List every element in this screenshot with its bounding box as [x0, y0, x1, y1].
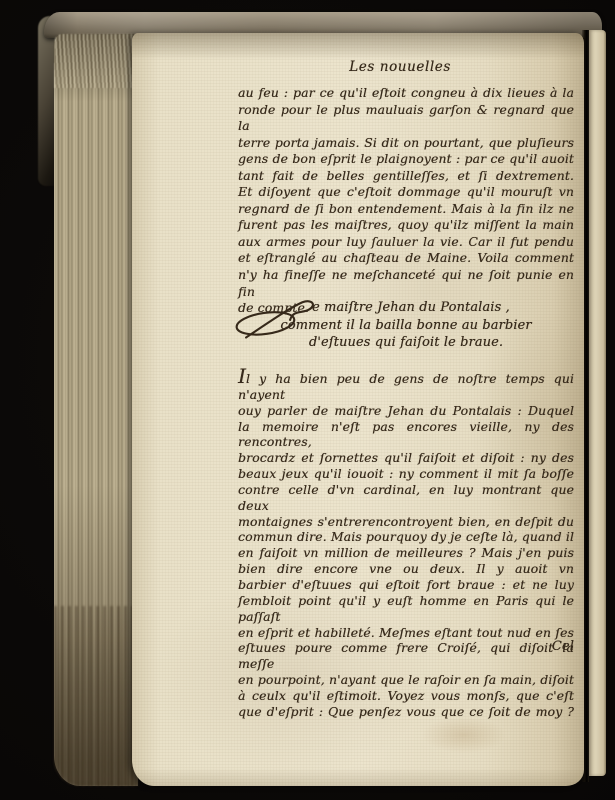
text-line: ouy parler de maiſtre Jehan du Pontalais… — [238, 403, 574, 419]
text-line: regnard de ſi bon entendement. Mais à la… — [238, 201, 574, 218]
text-line: commun dire. Mais pourquoy dy je ceſte l… — [238, 529, 574, 545]
text-line: au feu : par ce qu'il eſtoit congneu à d… — [238, 85, 574, 102]
running-header: Les nouuelles — [232, 59, 596, 75]
text-line: Il y ha bien peu de gens de noſtre temps… — [238, 370, 574, 403]
facing-page-sliver — [589, 30, 606, 776]
text-line: que d'eſprit : Que penſez vous que ce ſo… — [238, 704, 574, 720]
text-line: contre celle d'vn cardinal, en luy montr… — [238, 482, 574, 514]
text-line: la memoire n'eſt pas encores vieille, ny… — [238, 419, 574, 451]
text-line: bien dire encore vne ou deux. Il y auoit… — [238, 561, 574, 577]
text-line: aux armes pour luy ſauluer la vie. Car i… — [238, 234, 574, 251]
text-line: Et diſoyent que c'eſtoit dommage qu'il m… — [238, 184, 574, 201]
paragraph-1: au feu : par ce qu'il eſtoit congneu à d… — [238, 85, 574, 317]
paragraph-2: Il y ha bien peu de gens de noſtre temps… — [238, 370, 574, 720]
book-fore-edge-pages — [54, 34, 138, 786]
text-line: gens de bon eſprit le plaignoyent : par … — [238, 151, 574, 168]
text-line: et eſtranglé au chaſteau de Maine. Voila… — [238, 250, 574, 267]
text-line: tant fait de belles gentilleſſes, et ſi … — [238, 168, 574, 185]
book-page: Les nouuelles au feu : par ce qu'il eſto… — [132, 33, 584, 786]
text-line: en pourpoint, n'ayant que le raſoir en ſ… — [238, 672, 574, 688]
catchword: Cel — [238, 639, 578, 654]
text-line: brocardz et ſornettes qu'il faiſoit et d… — [238, 450, 574, 466]
text-line: en faiſoit vn million de meilleures ? Ma… — [238, 545, 574, 561]
text-line: beaux jeux qu'il iouoit : ny comment il … — [238, 466, 574, 482]
text-line: terre porta jamais. Si dit on pourtant, … — [238, 135, 574, 152]
text-line: barbier d'eſtuues qui eſtoit fort braue … — [238, 577, 574, 593]
text-line: ſembloit point qu'il y euſt homme en Par… — [238, 593, 574, 625]
section-heading: e maiſtre Jehan du Pontalais ,comment il… — [238, 299, 574, 352]
book-scan: Les nouuelles au feu : par ce qu'il eſto… — [0, 0, 615, 800]
decorative-initial-d-swash — [232, 296, 320, 342]
text-line: à ceulx qu'il eſtimoit. Voyez vous monſs… — [238, 688, 574, 704]
text-line: ronde pour le plus mauluais garſon & reg… — [238, 102, 574, 135]
text-line: en eſprit et habilleté. Meſmes eſtant to… — [238, 625, 574, 641]
text-line: montaignes s'entrerencontroyent bien, en… — [238, 514, 574, 530]
text-line: furent pas les maiſtres, quoy qu'ilz miſ… — [238, 217, 574, 234]
